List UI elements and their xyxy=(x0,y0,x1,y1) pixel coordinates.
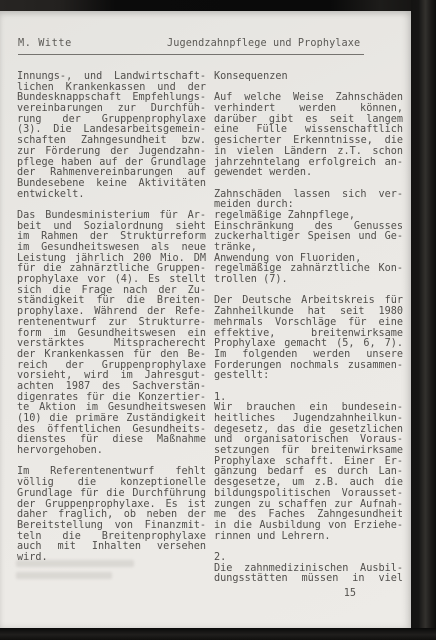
page-header: M. Witte Jugendzahnpflege und Prophylaxe xyxy=(18,38,364,52)
paragraph: Im Referentenentwurf fehltvöllig die kon… xyxy=(17,467,206,563)
header-rule xyxy=(18,54,364,55)
text-line: Grundlage für die Durchführung xyxy=(17,489,206,500)
paragraph: Innungs-, und Landwirtschaft-lichen Kran… xyxy=(17,72,206,200)
text-line: rentenentwurf zur Strukturre- xyxy=(17,318,206,329)
scan-surround-top xyxy=(0,0,436,11)
text-line: bildungspolitischen Vorausset- xyxy=(214,489,403,500)
text-line: Im folgenden werden unsere xyxy=(214,350,403,361)
scan-surround-right xyxy=(411,0,436,640)
body-text: Innungs-, und Landwirtschaft-lichen Kran… xyxy=(17,72,403,585)
page-number: 15 xyxy=(330,588,356,599)
text-line: hervorgehoben. xyxy=(17,446,206,457)
paragraph: Das Bundesministerium für Ar-beit und So… xyxy=(17,211,206,457)
text-line: gewendet werden. xyxy=(214,168,403,179)
text-line: in die Ausbildung von Erziehe- xyxy=(214,521,403,532)
text-line: entwickelt. xyxy=(17,190,206,201)
bleed-through-artifact xyxy=(16,560,134,567)
paragraph: Auf welche Weise Zahnschädenverhindert w… xyxy=(214,93,403,179)
paragraph: Konsequenzen xyxy=(214,72,403,83)
text-line: der Krankenkassen für den Be- xyxy=(17,350,206,361)
bleed-through-artifact xyxy=(16,572,112,579)
scanned-page-photo: M. Witte Jugendzahnpflege und Prophylaxe… xyxy=(0,0,436,640)
article-title: Jugendzahnpflege und Prophylaxe xyxy=(167,38,360,49)
text-line: dungsstätten müssen in viel xyxy=(214,574,403,585)
text-line: Konsequenzen xyxy=(214,72,403,83)
scan-surround-bottom xyxy=(0,628,436,640)
text-line: in vielen Ländern z.T. schon xyxy=(214,147,403,158)
text-line: Bundesebene keine Aktivitäten xyxy=(17,179,206,190)
text-line: Bereitstellung von Finanzmit- xyxy=(17,521,206,532)
paragraph: Der Deutsche Arbeitskreis fürZahnheilkun… xyxy=(214,296,403,382)
left-column: Innungs-, und Landwirtschaft-lichen Kran… xyxy=(17,72,206,585)
author-name: M. Witte xyxy=(18,38,72,49)
text-line: trollen (7). xyxy=(214,275,403,286)
text-line: gestellt: xyxy=(214,371,403,382)
right-column: KonsequenzenAuf welche Weise Zahnschäden… xyxy=(214,72,403,585)
text-line: rinnen und Lehrern. xyxy=(214,532,403,543)
paragraph: Zahnschäden lassen sich ver-meiden durch… xyxy=(214,190,403,286)
paragraph: 1.Wir brauchen ein bundesein-heitliches … xyxy=(214,393,403,543)
text-line: zur Förderung der Jugendzahn- xyxy=(17,147,206,158)
paragraph: 2.Die zahnmedizinischen Ausbil-dungsstät… xyxy=(214,553,403,585)
document-page: M. Witte Jugendzahnpflege und Prophylaxe… xyxy=(0,11,411,628)
text-line: mehrmals Vorschläge für eine xyxy=(214,318,403,329)
